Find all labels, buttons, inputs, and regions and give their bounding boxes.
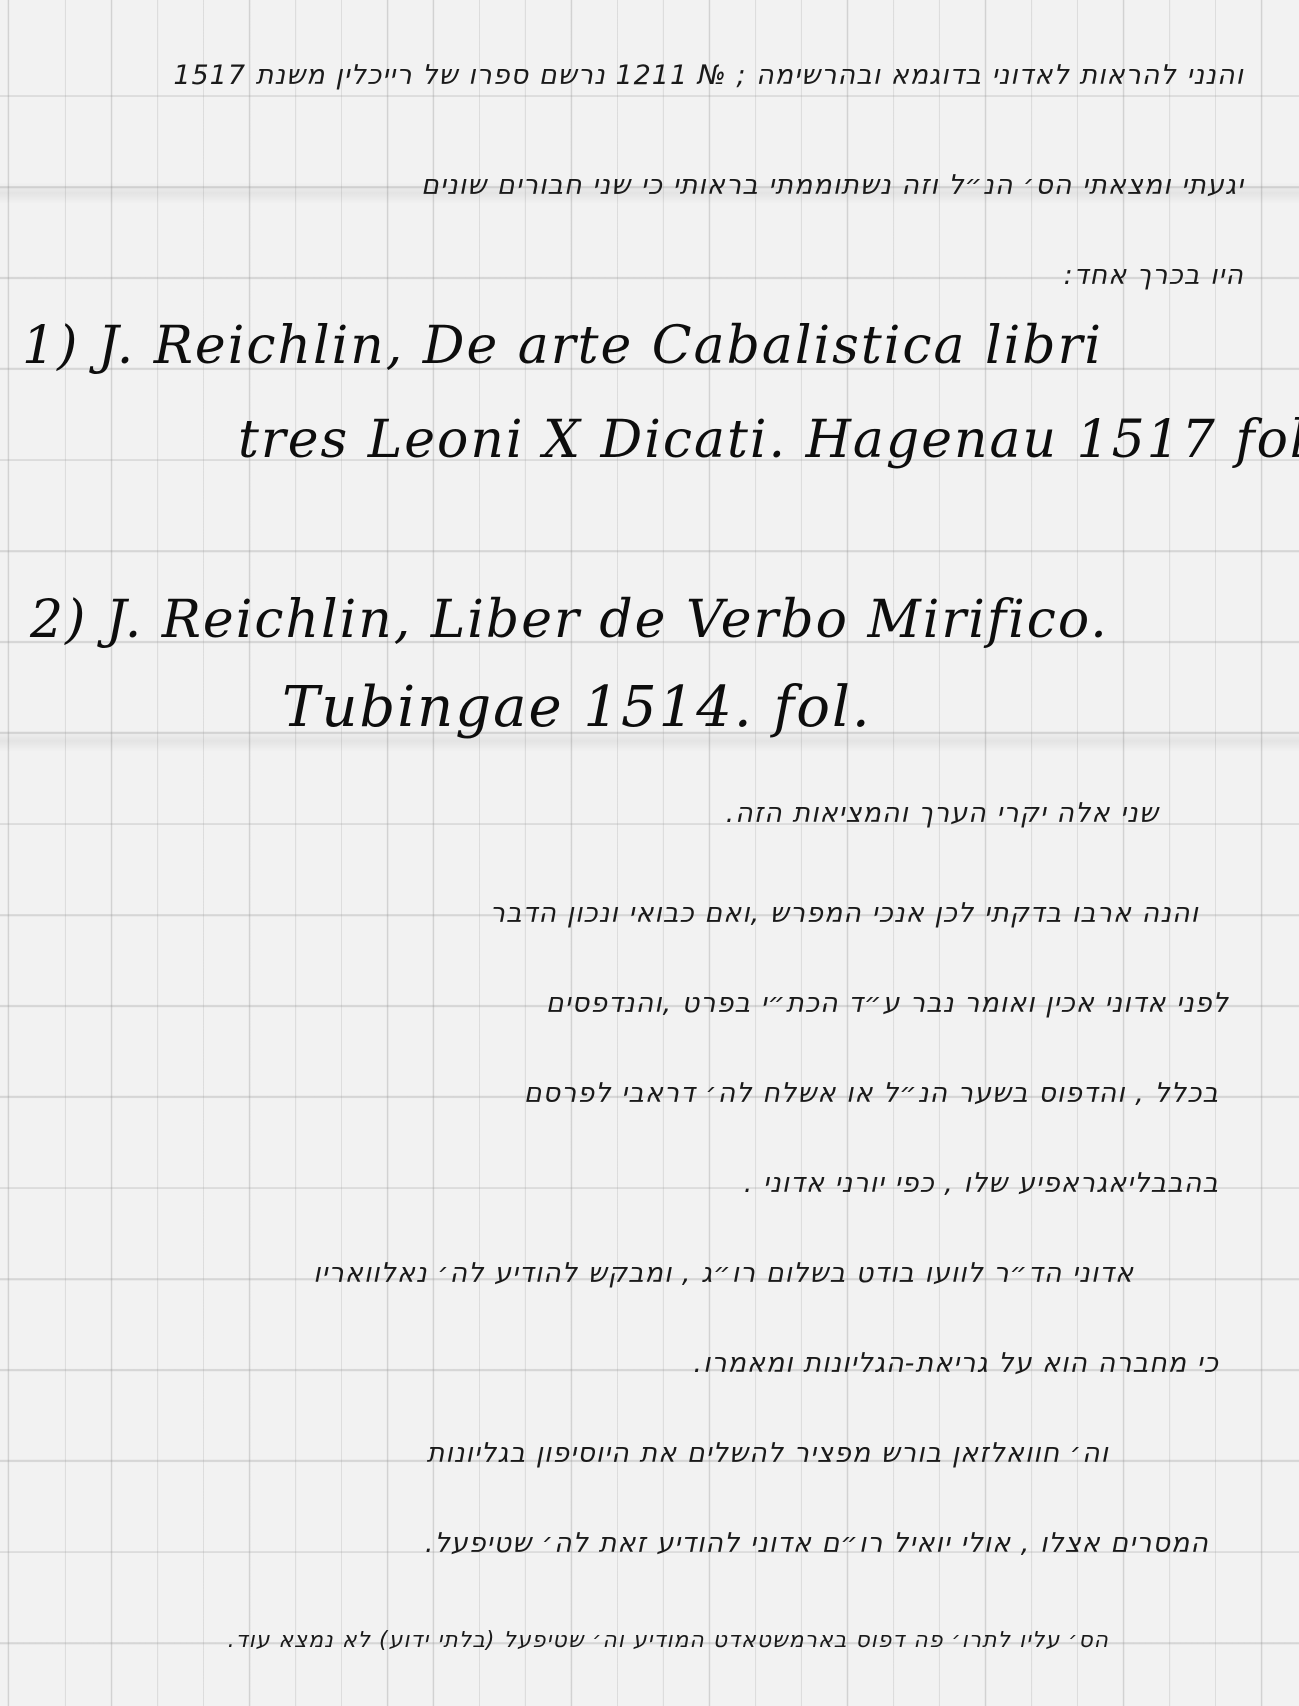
letter-line: וה׳ חוואלזאן בורש מפציר להשלים את היוסיפ… xyxy=(427,1440,1109,1467)
letter-line: והנה ארבו בדקתי לכן אנכי המפרש ,ואם כבוא… xyxy=(490,900,1199,927)
entry-marker: 2) xyxy=(30,590,87,650)
bibliography-entry-2: 2) J. Reichlin, Liber de Verbo Mirifico. xyxy=(30,594,1109,646)
letter-line: היו בכרך אחד: xyxy=(1064,262,1244,289)
letter-line: יגעתי ומצאתי הס׳ הנ״ל וזה נשתוממתי בראות… xyxy=(421,172,1244,199)
letter-line: הס׳ עליו לתרו׳ פה דפוס בארמשטאדט המודיע … xyxy=(228,1630,1109,1652)
letter-line: שני אלה יקרי הערך והמציאות הזה. xyxy=(726,800,1159,827)
letter-line: בכלל , והדפוס בשער הנ״ל או אשלח לה׳ דראב… xyxy=(524,1080,1219,1107)
bibliography-entry-1: 1) J. Reichlin, De arte Cabalistica libr… xyxy=(22,320,1103,372)
entry-title-continuation: Tubingae 1514. fol. xyxy=(282,680,872,736)
letter-line: אדוני הד״ר לוועו בודט בשלום רו״ג , ומבקש… xyxy=(313,1260,1134,1287)
entry-marker: 1) xyxy=(22,316,79,376)
letter-line: המסרים אצלו , אולי יואיל רו״ם אדוני להוד… xyxy=(425,1530,1209,1557)
letter-line: כי מחברה הוא על גריאת-הגליונות ומאמרו. xyxy=(693,1350,1219,1377)
letter-line: לפני אדוני אכין ואומר נבר ע״ד הכת״י בפרט… xyxy=(546,990,1229,1017)
entry-title-line: J. Reichlin, De arte Cabalistica libri xyxy=(98,316,1103,376)
entry-title-continuation: tres Leoni X Dicati. Hagenau 1517 fol. xyxy=(238,414,1299,466)
letter-line: והנני להראות לאדוני בדוגמא ובהרשימה ; № … xyxy=(173,62,1244,89)
letter-line: בהבבליאגראפיע שלו , כפי יורני אדוני . xyxy=(744,1170,1219,1197)
entry-title-line: J. Reichlin, Liber de Verbo Mirifico. xyxy=(106,590,1109,650)
